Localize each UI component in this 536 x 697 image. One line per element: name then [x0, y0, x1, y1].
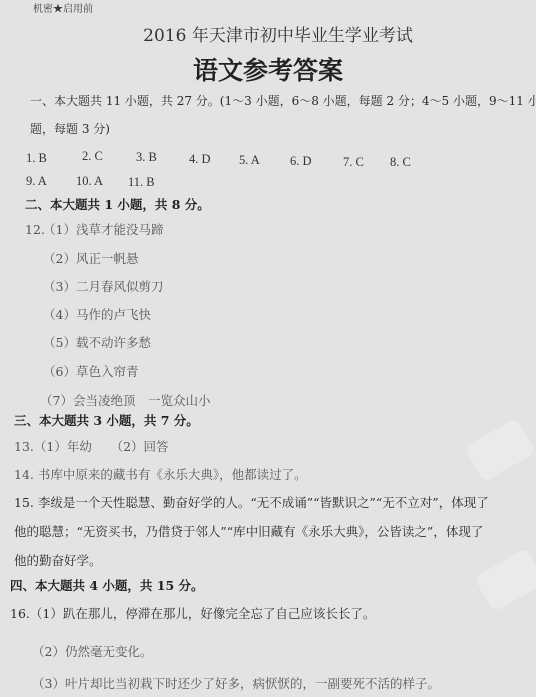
mc-answer: 4. D — [189, 152, 211, 167]
answer-key-page: 机密★启用前 2016 年天津市初中毕业生学业考试 语文参考答案 一、本大题共 … — [0, 0, 536, 697]
section1-heading-cont: 题，每题 3 分) — [30, 121, 110, 137]
q14-answer: 14. 书库中原来的藏书有《永乐大典》，他都读过了。 — [14, 467, 307, 483]
q15-answer-line3: 他的勤奋好学。 — [14, 553, 102, 569]
q16-item: （2）仍然毫无变化。 — [32, 644, 152, 660]
q12-item: （4）马作的卢飞快 — [43, 307, 151, 323]
watermark — [464, 418, 536, 483]
section3-heading: 三、本大题共 3 小题，共 7 分。 — [14, 413, 199, 429]
q15-answer-line1: 15. 李绂是一个天性聪慧、勤奋好学的人。“无不成诵”“皆默识之”“无不立对”，… — [14, 495, 489, 511]
q12-item: （2）风正一帆悬 — [43, 251, 138, 267]
mc-answer: 8. C — [390, 155, 411, 170]
mc-answer: 2. C — [82, 149, 103, 164]
mc-answer: 11. B — [128, 175, 155, 190]
mc-answer: 1. B — [26, 151, 47, 166]
mc-answer: 6. D — [290, 154, 312, 169]
exam-title: 2016 年天津市初中毕业生学业考试 — [0, 28, 536, 44]
q16-item: （3）叶片却比当初栽下时还少了好多，病恹恹的，一副要死不活的样子。 — [32, 676, 440, 692]
mc-answer: 3. B — [136, 150, 157, 165]
section1-heading: 一、本大题共 11 小题，共 27 分。(1～3 小题，6～8 小题，每题 2 … — [30, 93, 536, 109]
q13-answer: 13.（1）年幼 （2）回答 — [14, 439, 169, 455]
document-title: 语文参考答案 — [0, 56, 536, 86]
mc-answer: 7. C — [343, 155, 364, 170]
q12-item: （3）二月春风似剪刀 — [43, 279, 163, 295]
q12-item: （1）浅草才能没马蹄 — [43, 222, 163, 238]
q12-number: 12. — [25, 222, 45, 238]
q12-item: （5）载不动许多愁 — [43, 335, 151, 351]
q15-answer-line2: 他的聪慧；“无资买书，乃借贷于邻人”“库中旧藏有《永乐大典》，公皆读之”，体现了 — [14, 524, 483, 540]
watermark — [474, 548, 536, 613]
confidential-label: 机密★启用前 — [33, 2, 93, 18]
mc-answer: 9. A — [26, 174, 47, 189]
section2-heading: 二、本大题共 1 小题，共 8 分。 — [25, 197, 210, 213]
q12-item: （7）会当凌绝顶 一览众山小 — [40, 393, 210, 409]
q16-item: 16.（1）趴在那儿，停滞在那儿，好像完全忘了自己应该长长了。 — [10, 606, 375, 622]
mc-answer: 5. A — [239, 153, 260, 168]
q12-item: （6）草色入帘青 — [43, 364, 138, 380]
mc-answer: 10. A — [76, 174, 103, 189]
section4-heading: 四、本大题共 4 小题，共 15 分。 — [10, 578, 204, 594]
